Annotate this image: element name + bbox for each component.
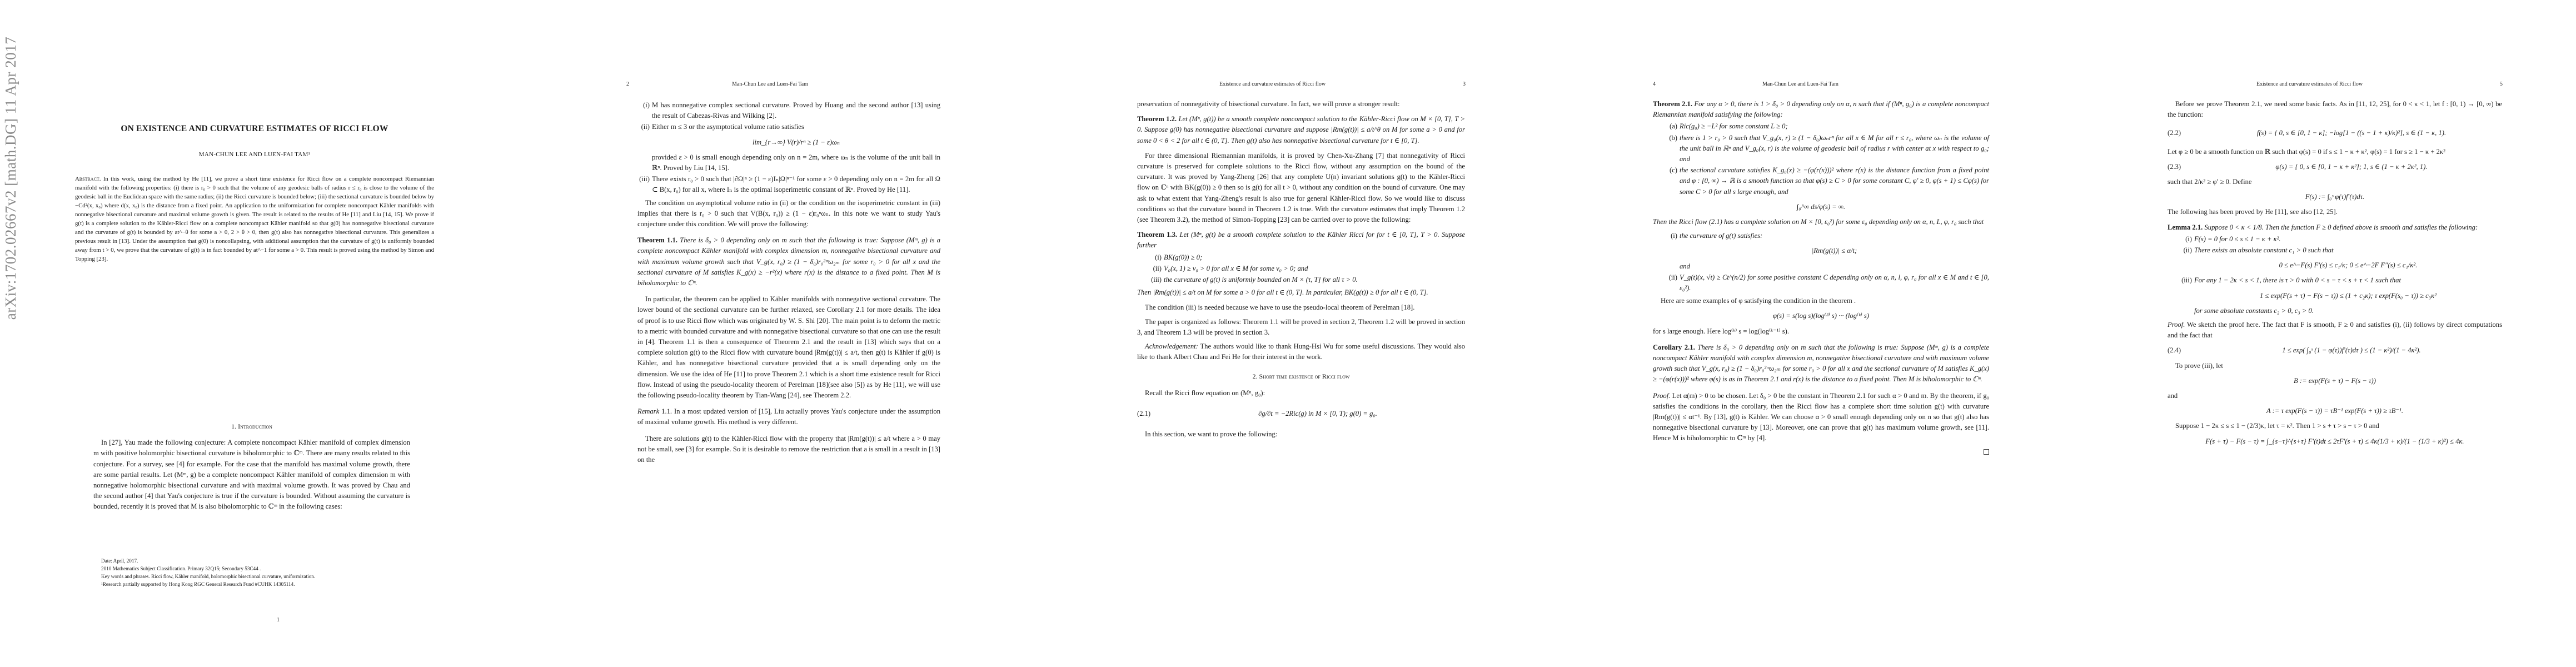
theorem-1-1: Theorem 1.1. There is δ₀ > 0 depending o…	[637, 235, 940, 288]
running-head: Man-Chun Lee and Luen-Fai Tam	[1762, 81, 1838, 87]
equation-2-2: (2.2) f(s) = { 0, s ∈ [0, 1 − κ]; −log[1…	[2168, 128, 2502, 138]
equation-rm-bound: |Rm(g(t))| ≤ α/t;	[1680, 246, 1989, 256]
hypothesis-item: (b)there is 1 > r₀ > 0 such that V_g₀(x,…	[1665, 133, 1989, 165]
page-3-body: preservation of nonnegativity of bisecti…	[1137, 99, 1465, 443]
theorem-2-1-conclusion: Then the Ricci flow (2.1) has a complete…	[1653, 217, 1989, 227]
and-text: and	[1680, 261, 1989, 272]
paragraph: There are solutions g(t) to the Kähler-R…	[637, 434, 940, 466]
lemma-2-1: Lemma 2.1. Suppose 0 < κ < 1/8. Then the…	[2168, 222, 2502, 233]
page-2-body: (i)M has nonnegative complex sectional c…	[637, 99, 940, 469]
acknowledgement: Acknowledgement: The authors would like …	[1137, 341, 1465, 362]
section-heading-2: 2. Short time existence of Ricci flow	[1137, 371, 1465, 382]
condition-item: (i)BK(g(0)) ≥ 0;	[1149, 252, 1465, 263]
conclusion-item: (ii)V_g(t)(x, √t) ≥ Ct^(n/2) for some po…	[1665, 272, 1989, 293]
running-head: Existence and curvature estimates of Ric…	[2256, 81, 2363, 87]
theorem-1-3-conclusion: Then |Rm(g(t))| ≤ a/t on M for some a > …	[1137, 287, 1465, 298]
paragraph: To prove (iii), let	[2168, 361, 2502, 371]
case-ii-continuation: provided ε > 0 is small enough depending…	[652, 152, 940, 173]
page-5: Existence and curvature estimates of Ric…	[2061, 0, 2576, 667]
paper-title: ON EXISTENCE AND CURVATURE ESTIMATES OF …	[60, 123, 449, 134]
page-2: 2 Man-Chun Lee and Luen-Fai Tam (i)M has…	[515, 0, 1030, 667]
lemma-item: (iii)For any 1 − 2κ < s < 1, there is τ …	[2180, 275, 2502, 316]
paragraph: such that 2/κ² ≥ φ′ ≥ 0. Define	[2168, 177, 2502, 187]
case-item: (iii)There exists r₀ > 0 such that |∂Ω|ⁿ…	[637, 174, 940, 195]
page-number: 3	[1463, 81, 1466, 87]
paragraph: In particular, the theorem can be applie…	[637, 294, 940, 401]
equation-integral: ∫₀^∞ ds/φ(s) = ∞.	[1653, 202, 1989, 212]
running-head: Man-Chun Lee and Luen-Fai Tam	[732, 81, 808, 87]
equation-last: F(s + τ) − F(s − τ) = ∫_{s−τ}^{s+τ} F′(t…	[2168, 436, 2502, 447]
page-4: 4 Man-Chun Lee and Luen-Fai Tam Theorem …	[1546, 0, 2061, 667]
equation-F-def: F(s) := ∫₀ˢ φ(τ)f′(τ)dτ.	[2168, 192, 2502, 202]
page-number: 4	[1653, 81, 1656, 87]
qed-icon	[1653, 447, 1989, 458]
footnote-date: Date: April, 2017.	[93, 557, 410, 565]
equation-2-1: (2.1) ∂g/∂t = −2Ric(g) in M × [0, T); g(…	[1137, 409, 1465, 419]
page-1-intro: 1. Introduction In [27], Yau made the fo…	[93, 412, 410, 516]
equation-B: B := exp(F(s + τ) − F(s − τ))	[2168, 376, 2502, 386]
equation-A: A := τ exp(F(s − τ)) = τB⁻¹ exp(F(s + τ)…	[2168, 406, 2502, 416]
running-head: Existence and curvature estimates of Ric…	[1219, 81, 1326, 87]
paragraph: for s large enough. Here log⁽ᵏ⁾ s = log(…	[1653, 326, 1989, 337]
lemma-item: (i)F(s) = 0 for 0 ≤ s ≤ 1 − κ + κ².	[2180, 234, 2502, 245]
conclusion-item: (i)the curvature of g(t) satisfies: |Rm(…	[1665, 231, 1989, 272]
page-number: 1	[277, 617, 280, 623]
proof: Proof. We sketch the proof here. The fac…	[2168, 320, 2502, 341]
page-number: 2	[626, 81, 629, 87]
theorem-1-3: Theorem 1.3. Let (Mⁿ, g(t) be a smooth c…	[1137, 230, 1465, 251]
and-text: and	[2168, 391, 2502, 401]
section-heading-1: 1. Introduction	[93, 421, 410, 432]
hypothesis-item: (c)the sectional curvature satisfies K_g…	[1665, 165, 1989, 197]
page-4-body: Theorem 2.1. For any α > 0, there is 1 >…	[1653, 99, 1989, 458]
footnote-funding: ¹Research partially supported by Hong Ko…	[93, 580, 410, 588]
abstract: Abstract. In this work, using the method…	[75, 175, 434, 263]
intro-paragraph: In [27], Yau made the following conjectu…	[93, 437, 410, 512]
arxiv-stamp: arXiv:1702.02667v2 [math.DG] 11 Apr 2017	[0, 50, 22, 306]
paragraph: Suppose 1 − 2κ ≤ s ≤ 1 − (2/3)κ, let τ =…	[2168, 421, 2502, 431]
equation-limit: lim_{r→∞} V(r)/rⁿ ≥ (1 − ε)ωₙ	[652, 137, 940, 148]
equation-phi: φ(s) = s(log s)(log⁽²⁾ s) ··· (log⁽ᵏ⁾ s)	[1653, 311, 1989, 321]
condition-item: (ii)V₀(x, 1) ≥ v₀ > 0 for all x ∈ M for …	[1149, 263, 1465, 274]
paragraph: For three dimensional Riemannian manifol…	[1137, 151, 1465, 225]
lemma-tail: for some absolute constants c₂ > 0, c₃ >…	[2194, 306, 2502, 316]
proof: Proof. Let α(m) > 0 to be chosen. Let δ₀…	[1653, 391, 1989, 444]
page-1: arXiv:1702.02667v2 [math.DG] 11 Apr 2017…	[0, 0, 515, 667]
page-number: 5	[2500, 81, 2503, 87]
remark-1-1: Remark 1.1. In a most updated version of…	[637, 406, 940, 427]
footnotes: Date: April, 2017. 2010 Mathematics Subj…	[93, 557, 410, 588]
lemma-item: (ii)There exists an absolute constant c₁…	[2180, 245, 2502, 271]
condition-item: (iii)the curvature of g(t) is uniformly …	[1149, 275, 1465, 285]
paragraph: Let φ ≥ 0 be a smooth function on ℝ such…	[2168, 147, 2502, 157]
cases-list: (i)M has nonnegative complex sectional c…	[637, 100, 940, 196]
case-item: (ii)Either m ≤ 3 or the asymptotical vol…	[637, 122, 940, 173]
paragraph: The paper is organized as follows: Theor…	[1137, 317, 1465, 338]
footnote-msc: 2010 Mathematics Subject Classification.…	[93, 565, 410, 573]
paragraph: Before we prove Theorem 2.1, we need som…	[2168, 99, 2502, 120]
page-3: Existence and curvature estimates of Ric…	[1030, 0, 1546, 667]
case-item: (i)M has nonnegative complex sectional c…	[637, 100, 940, 121]
equation-lemma-ii: 0 ≤ e^−F(s) F′(s) ≤ c₁/κ; 0 ≤ e^−2F F″(s…	[2194, 260, 2502, 271]
paragraph: preservation of nonnegativity of bisecti…	[1137, 99, 1465, 109]
hypothesis-item: (a)Ric(g₀) ≥ −L² for some constant L ≥ 0…	[1665, 121, 1989, 132]
paragraph: The condition on asymptotical volume rat…	[637, 198, 940, 230]
page-1-body: ON EXISTENCE AND CURVATURE ESTIMATES OF …	[60, 123, 449, 263]
theorem-1-2: Theorem 1.2. Let (Mⁿ, g(t)) be a smooth …	[1137, 114, 1465, 146]
theorem-2-1-conclusions: (i)the curvature of g(t) satisfies: |Rm(…	[1665, 231, 1989, 293]
theorem-2-1: Theorem 2.1. For any α > 0, there is 1 >…	[1653, 99, 1989, 120]
abstract-label: Abstract.	[75, 176, 101, 182]
paragraph: In this section, we want to prove the fo…	[1137, 429, 1465, 440]
corollary-2-1: Corollary 2.1. There is δ₀ > 0 depending…	[1653, 342, 1989, 385]
paragraph: Here are some examples of φ satisfying t…	[1653, 296, 1989, 306]
paragraph: The following has been proved by He [11]…	[2168, 207, 2502, 217]
lemma-2-1-items: (i)F(s) = 0 for 0 ≤ s ≤ 1 − κ + κ². (ii)…	[2180, 234, 2502, 316]
abstract-text: In this work, using the method by He [11…	[75, 176, 434, 262]
theorem-1-3-conditions: (i)BK(g(0)) ≥ 0; (ii)V₀(x, 1) ≥ v₀ > 0 f…	[1149, 252, 1465, 286]
footnote-keywords: Key words and phrases. Ricci flow, Kähle…	[93, 573, 410, 580]
paragraph: Recall the Ricci flow equation on (Mⁿ, g…	[1137, 388, 1465, 399]
equation-2-3: (2.3) φ(s) = { 0, s ∈ [0, 1 − κ + κ²]; 1…	[2168, 162, 2502, 172]
page-5-body: Before we prove Theorem 2.1, we need som…	[2168, 99, 2502, 451]
equation-2-4: (2.4) 1 ≤ exp( ∫₀ˢ (1 − φ(τ))f′(τ)dτ ) ≤…	[2168, 345, 2502, 356]
theorem-2-1-hypotheses: (a)Ric(g₀) ≥ −L² for some constant L ≥ 0…	[1665, 121, 1989, 197]
paragraph: The condition (iii) is needed because we…	[1137, 302, 1465, 313]
equation-lemma-iii: 1 ≤ exp(F(s + τ) − F(s − τ)) ≤ (1 + c₂κ)…	[2194, 291, 2502, 301]
authors: MAN-CHUN LEE AND LUEN-FAI TAM¹	[60, 150, 449, 160]
